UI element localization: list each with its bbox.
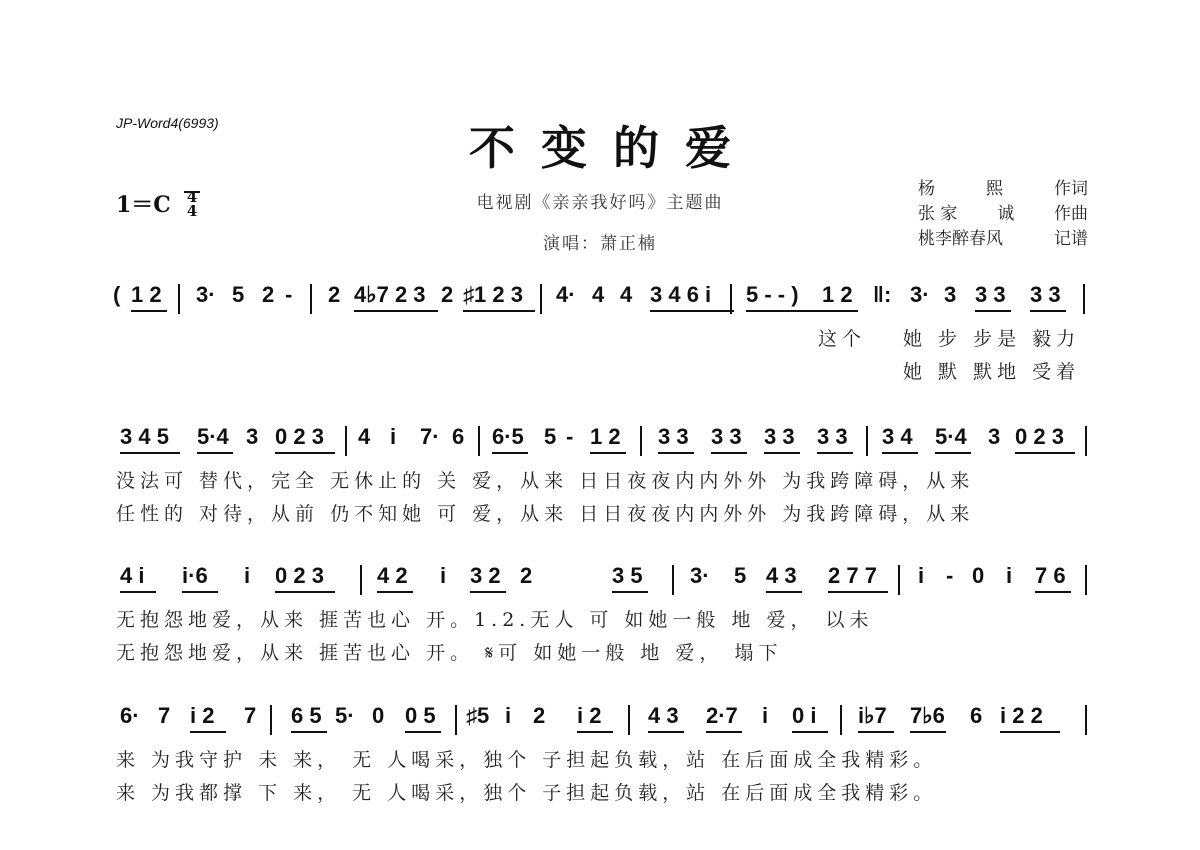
credit-name-a: 桃李醉春风 (918, 227, 1003, 252)
beam-underline (975, 310, 1011, 312)
note-group: 5 (232, 282, 244, 308)
note-group: 4 (620, 282, 632, 308)
note-group: 3 4 5 (120, 424, 169, 450)
note-group: 3 4 (882, 424, 913, 450)
note-group: 0 5 (405, 703, 436, 729)
note-group: 5·4 (935, 424, 967, 450)
note-group: 3 2 (470, 563, 501, 589)
credit-role: 记谱 (1054, 227, 1088, 252)
note-group: 2·7 (706, 703, 738, 729)
note-group: 1 2 (131, 282, 162, 308)
lyric-line: 这个 (818, 324, 866, 351)
beam-underline (577, 731, 613, 733)
note-group: 0 2 3 (275, 424, 324, 450)
note-group: 3· (690, 563, 710, 589)
note-group: 2 (262, 282, 274, 308)
note-group: 5 - - ) (746, 282, 799, 308)
note-group: 0 2 3 (1015, 424, 1064, 450)
lyric-line: 她 默 默地 受着 (903, 357, 1080, 384)
beam-underline (858, 731, 894, 733)
note-group: 0 (972, 563, 984, 589)
note-group: 4 (358, 424, 370, 450)
beam-underline (910, 731, 946, 733)
note-group: 5·4 (197, 424, 229, 450)
beam-underline (120, 452, 180, 454)
note-group: 2 (441, 282, 453, 308)
time-signature-bottom: 4 (187, 204, 197, 218)
barline (1085, 426, 1087, 456)
beam-underline (291, 731, 327, 733)
beam-underline (658, 452, 694, 454)
note-group: 7 (158, 703, 170, 729)
beam-underline (120, 591, 156, 593)
note-group: 5 (544, 424, 556, 450)
lyric-line: 任性的 对待，从前 仍不知她 可 爱，从来 日日夜夜内内外外 为我跨障碍，从来 (116, 499, 974, 526)
note-group: 3 (988, 424, 1000, 450)
beam-underline (470, 591, 506, 593)
beam-underline (764, 452, 800, 454)
credits: 杨 熙 作词 张 家 诚 作曲 桃李醉春风 记谱 (918, 177, 1088, 252)
note-group: 2 (520, 563, 532, 589)
note-group: 3 3 (711, 424, 742, 450)
beam-underline (766, 591, 802, 593)
note-group: ♯5 (466, 703, 489, 729)
note-group: 7· (420, 424, 440, 450)
beam-underline (1030, 310, 1066, 312)
lyric-line: 来 为我都撑 下 来， 无 人喝采，独个 子担起负载，站 在后面成全我精彩。 (116, 778, 937, 805)
note-group: 6·5 (492, 424, 524, 450)
note-group: 1 2 (822, 282, 853, 308)
beam-underline (822, 310, 858, 312)
beam-underline (706, 731, 742, 733)
note-group: 3 3 (658, 424, 689, 450)
barline (1085, 565, 1087, 595)
note-group: 3 3 (1030, 282, 1061, 308)
beam-underline (1035, 591, 1071, 593)
note-group: i 2 (577, 703, 601, 729)
beam-underline (492, 452, 528, 454)
credit-lyricist: 杨 熙 作词 (918, 177, 1088, 202)
beam-underline (817, 452, 853, 454)
note-group: i 2 2 (1000, 703, 1043, 729)
note-group: 4· (556, 282, 576, 308)
note-group: 3 (246, 424, 258, 450)
beam-underline (190, 731, 226, 733)
note-group: - (566, 424, 573, 450)
time-signature: 4 4 (187, 190, 197, 218)
barline (640, 426, 642, 456)
barline (840, 705, 842, 735)
beam-underline (1000, 731, 1060, 733)
note-group: 0 2 3 (275, 563, 324, 589)
barline (310, 284, 312, 314)
beam-underline (354, 310, 438, 312)
note-group: 4 (592, 282, 604, 308)
note-group: 5· (335, 703, 355, 729)
lyric-line: 没法可 替代，完全 无休止的 关 爱，从来 日日夜夜内内外外 为我跨障碍，从来 (116, 466, 974, 493)
note-group: 3· (910, 282, 930, 308)
credit-transcriber: 桃李醉春风 记谱 (918, 227, 1088, 252)
note-group: 7 (244, 703, 256, 729)
note-group: i 2 (190, 703, 214, 729)
beam-underline (746, 310, 830, 312)
beam-underline (935, 452, 971, 454)
key-signature: 1＝C 4 4 (116, 188, 197, 219)
note-group: 4♭7 2 3 (354, 282, 426, 308)
note-group: 6 (452, 424, 464, 450)
beam-underline (463, 310, 535, 312)
barline (178, 284, 180, 314)
note-group: ‖: (873, 282, 891, 308)
beam-underline (275, 591, 335, 593)
credit-role: 作词 (1054, 177, 1088, 202)
barline (455, 705, 457, 735)
note-group: 4 3 (648, 703, 679, 729)
song-title: 不变的爱 (0, 112, 1200, 178)
credit-name-b: 熙 (986, 177, 1003, 202)
beam-underline (828, 591, 888, 593)
beam-underline (182, 591, 218, 593)
lyric-line: 来 为我守护 未 来， 无 人喝采，独个 子担起负载，站 在后面成全我精彩。 (116, 745, 937, 772)
credit-name-b: 诚 (997, 202, 1014, 227)
note-group: - (946, 563, 953, 589)
note-group: i (1006, 563, 1012, 589)
note-group: 3 3 (764, 424, 795, 450)
beam-underline (405, 731, 441, 733)
barline (730, 284, 732, 314)
beam-underline (650, 310, 734, 312)
credit-name-a: 张 家 (918, 202, 957, 227)
barline (866, 426, 868, 456)
key-label: 1＝C (116, 188, 171, 219)
lyric-line: 她 步 步是 毅力 (903, 324, 1080, 351)
note-group: 4 i (120, 563, 144, 589)
note-group: 2 7 7 (828, 563, 877, 589)
note-group: - (285, 282, 292, 308)
note-group: i (440, 563, 446, 589)
beam-underline (275, 452, 335, 454)
barline (270, 705, 272, 735)
note-group: i (244, 563, 250, 589)
note-group: 3 3 (817, 424, 848, 450)
beam-underline (648, 731, 684, 733)
note-group: ♯1 2 3 (463, 282, 523, 308)
beam-underline (711, 452, 747, 454)
barline (1085, 705, 1087, 735)
note-group: i♭7 (858, 703, 887, 729)
note-group: 4 2 (377, 563, 408, 589)
note-group: i (918, 563, 924, 589)
barline (898, 565, 900, 595)
note-group: 5 (734, 563, 746, 589)
barline (540, 284, 542, 314)
beam-underline (612, 591, 648, 593)
note-group: 3 3 (975, 282, 1006, 308)
beam-underline (131, 310, 167, 312)
note-group: 6 5 (291, 703, 322, 729)
note-group: 2 (328, 282, 340, 308)
barline (360, 565, 362, 595)
note-group: 6· (120, 703, 140, 729)
barline (345, 426, 347, 456)
note-group: 1 2 (590, 424, 621, 450)
credit-role: 作曲 (1054, 202, 1088, 227)
note-group: i·6 (182, 563, 208, 589)
beam-underline (590, 452, 626, 454)
barline (1083, 284, 1085, 314)
note-group: 6 (970, 703, 982, 729)
note-group: 3 4 6 i (650, 282, 711, 308)
lyric-line: 无抱怨地爱，从来 捱苦也心 开。1.2.无人 可 如她一般 地 爱， 以未 (116, 605, 874, 632)
note-group: i (505, 703, 511, 729)
beam-underline (1015, 452, 1075, 454)
note-group: 3· (196, 282, 216, 308)
beam-underline (197, 452, 233, 454)
note-group: 0 i (792, 703, 816, 729)
beam-underline (882, 452, 918, 454)
note-group: 0 (372, 703, 384, 729)
note-group: i (762, 703, 768, 729)
barline (478, 426, 480, 456)
note-group: 7 6 (1035, 563, 1066, 589)
lyric-line: 无抱怨地爱，从来 捱苦也心 开。 𝄋可 如她一般 地 爱， 塌下 (116, 638, 782, 665)
note-group: i (390, 424, 396, 450)
note-group: 4 3 (766, 563, 797, 589)
note-group: 3 (944, 282, 956, 308)
barline (628, 705, 630, 735)
note-group: 3 5 (612, 563, 643, 589)
beam-underline (792, 731, 828, 733)
credit-name-a: 杨 (918, 177, 935, 202)
note-group: ( (113, 282, 120, 308)
credit-composer: 张 家 诚 作曲 (918, 202, 1088, 227)
note-group: 2 (533, 703, 545, 729)
beam-underline (377, 591, 413, 593)
barline (672, 565, 674, 595)
note-group: 7♭6 (910, 703, 945, 729)
